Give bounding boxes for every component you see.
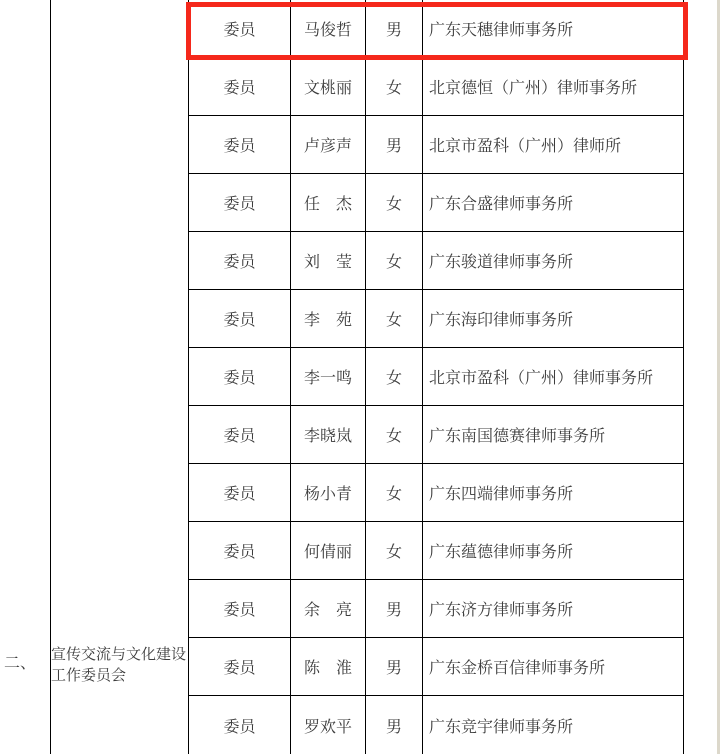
gender-cell: 男 xyxy=(366,638,423,695)
name-cell: 刘 莹 xyxy=(291,232,366,289)
role-cell: 委员 xyxy=(189,406,291,463)
name-cell: 文桃丽 xyxy=(291,58,366,115)
table-row: 委员 何倩丽 女 广东蕴德律师事务所 xyxy=(189,522,683,580)
table-row: 委员 马俊哲 男 广东天穗律师事务所 xyxy=(189,0,683,58)
table-row: 委员 罗欢平 男 广东竞宇律师事务所 xyxy=(189,696,683,754)
name-cell: 余 亮 xyxy=(291,580,366,637)
role-cell: 委员 xyxy=(189,116,291,173)
firm-cell: 广东蕴德律师事务所 xyxy=(423,522,683,579)
name-cell: 杨小青 xyxy=(291,464,366,521)
firm-cell: 广东四端律师事务所 xyxy=(423,464,683,521)
gender-cell: 男 xyxy=(366,580,423,637)
role-cell: 委员 xyxy=(189,638,291,695)
gender-cell: 男 xyxy=(366,0,423,57)
gender-cell: 女 xyxy=(366,522,423,579)
gender-cell: 女 xyxy=(366,464,423,521)
name-cell: 卢彦声 xyxy=(291,116,366,173)
section-index-label: 二、 xyxy=(4,655,36,673)
firm-cell: 广东金桥百信律师事务所 xyxy=(423,638,683,695)
committee-member-table: 委员 马俊哲 男 广东天穗律师事务所 委员 文桃丽 女 北京德恒（广州）律师事务… xyxy=(188,0,684,754)
role-cell: 委员 xyxy=(189,348,291,405)
role-cell: 委员 xyxy=(189,580,291,637)
firm-cell: 广东天穗律师事务所 xyxy=(423,0,683,57)
firm-cell: 广东竞宇律师事务所 xyxy=(423,696,683,754)
role-cell: 委员 xyxy=(189,522,291,579)
firm-cell: 广东合盛律师事务所 xyxy=(423,174,683,231)
gender-cell: 女 xyxy=(366,290,423,347)
role-cell: 委员 xyxy=(189,0,291,57)
name-cell: 李晓岚 xyxy=(291,406,366,463)
page-edge-line xyxy=(717,0,720,754)
role-cell: 委员 xyxy=(189,464,291,521)
name-cell: 陈 淮 xyxy=(291,638,366,695)
name-cell: 罗欢平 xyxy=(291,696,366,754)
name-cell: 任 杰 xyxy=(291,174,366,231)
role-cell: 委员 xyxy=(189,174,291,231)
gender-cell: 男 xyxy=(366,116,423,173)
gender-cell: 女 xyxy=(366,232,423,289)
table-row: 委员 李 苑 女 广东海印律师事务所 xyxy=(189,290,683,348)
name-cell: 何倩丽 xyxy=(291,522,366,579)
role-cell: 委员 xyxy=(189,696,291,754)
firm-cell: 广东骏道律师事务所 xyxy=(423,232,683,289)
firm-cell: 广东海印律师事务所 xyxy=(423,290,683,347)
name-cell: 马俊哲 xyxy=(291,0,366,57)
name-cell: 李一鸣 xyxy=(291,348,366,405)
firm-cell: 广东济方律师事务所 xyxy=(423,580,683,637)
name-cell: 李 苑 xyxy=(291,290,366,347)
table-row: 委员 李一鸣 女 北京市盈科（广州）律师事务所 xyxy=(189,348,683,406)
table-row: 委员 李晓岚 女 广东南国德赛律师事务所 xyxy=(189,406,683,464)
gender-cell: 女 xyxy=(366,348,423,405)
table-row: 委员 卢彦声 男 北京市盈科（广州）律师所 xyxy=(189,116,683,174)
table-row: 委员 文桃丽 女 北京德恒（广州）律师事务所 xyxy=(189,58,683,116)
role-cell: 委员 xyxy=(189,232,291,289)
firm-cell: 广东南国德赛律师事务所 xyxy=(423,406,683,463)
table-row: 委员 杨小青 女 广东四端律师事务所 xyxy=(189,464,683,522)
committee-name-cell: 宣传交流与文化建设工作委员会 xyxy=(51,645,188,687)
role-cell: 委员 xyxy=(189,58,291,115)
firm-cell: 北京市盈科（广州）律师事务所 xyxy=(423,348,683,405)
gender-cell: 男 xyxy=(366,696,423,754)
table-row: 委员 余 亮 男 广东济方律师事务所 xyxy=(189,580,683,638)
firm-cell: 北京德恒（广州）律师事务所 xyxy=(423,58,683,115)
table-row: 委员 刘 莹 女 广东骏道律师事务所 xyxy=(189,232,683,290)
table-column-divider xyxy=(50,0,51,754)
gender-cell: 女 xyxy=(366,406,423,463)
table-row: 委员 陈 淮 男 广东金桥百信律师事务所 xyxy=(189,638,683,696)
gender-cell: 女 xyxy=(366,174,423,231)
role-cell: 委员 xyxy=(189,290,291,347)
gender-cell: 女 xyxy=(366,58,423,115)
table-row: 委员 任 杰 女 广东合盛律师事务所 xyxy=(189,174,683,232)
firm-cell: 北京市盈科（广州）律师所 xyxy=(423,116,683,173)
document-page: 二、 宣传交流与文化建设工作委员会 委员 马俊哲 男 广东天穗律师事务所 委员 … xyxy=(0,0,722,754)
